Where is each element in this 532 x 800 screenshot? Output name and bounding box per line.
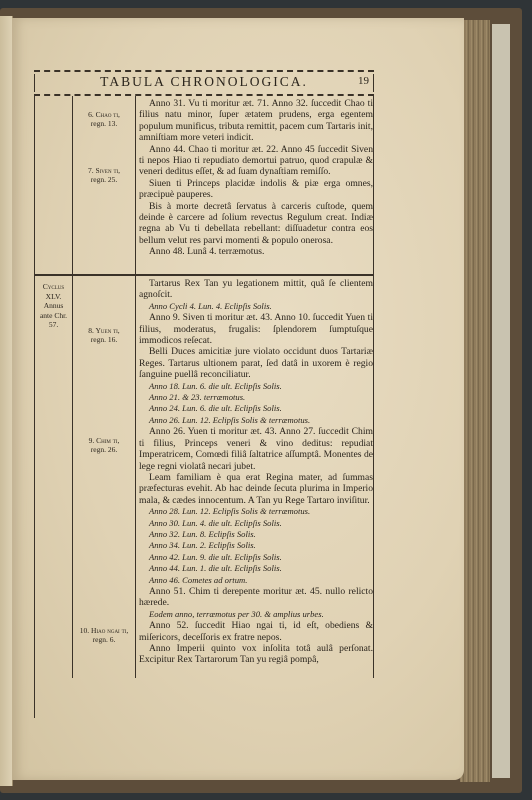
cycle-column: Cyclus XLV. Annus ante Chr. 57. — [35, 276, 73, 678]
eclipse-note: Anno 34. Lun. 2. Eclipſis Solis. — [139, 540, 373, 551]
text-column: Anno 31. Vu ti moritur æt. 71. Anno 32. … — [136, 96, 373, 274]
emperor-column: 6. Chao ti, regn. 13. 7. Siven ti, regn.… — [73, 96, 136, 274]
emperor-name: 9. Chim ti, — [73, 436, 135, 445]
eclipse-note: Anno Cycli 4. Lun. 4. Eclipſis Solis. — [139, 301, 373, 312]
paragraph: Bis à morte decretâ ſervatus à carceris … — [139, 201, 373, 247]
paragraph: Anno 31. Vu ti moritur æt. 71. Anno 32. … — [139, 98, 373, 144]
paragraph: Leam familiam è qua erat Regina mater, a… — [139, 472, 373, 506]
emperor-entry: 9. Chim ti, regn. 26. — [73, 436, 135, 454]
eclipse-note: Anno 28. Lun. 12. Eclipſis Solis & terræ… — [139, 506, 373, 517]
paragraph: Anno 52. ſuccedit Hiao ngai ti, id eſt, … — [139, 620, 373, 643]
paragraph: Tartarus Rex Tan yu legationem mittit, q… — [139, 278, 373, 301]
cycle-label: Cyclus — [35, 282, 72, 292]
table-section-2: Cyclus XLV. Annus ante Chr. 57. 8. Yuen … — [34, 274, 374, 678]
eclipse-note: Anno 18. Lun. 6. die ult. Eclipſis Solis… — [139, 381, 373, 392]
emperor-entry: 10. Hiao ngai ti, regn. 6. — [73, 626, 135, 644]
emperor-column: 8. Yuen ti, regn. 16. 9. Chim ti, regn. … — [73, 276, 136, 678]
paragraph: Anno 9. Siven ti moritur æt. 43. Anno 10… — [139, 312, 373, 346]
emperor-name: 7. Siven ti, — [73, 166, 135, 175]
earthquake-note: Eodem anno, terræmotus per 30. & amplius… — [139, 609, 373, 620]
endpaper — [492, 24, 510, 778]
emperor-reign: regn. 6. — [73, 635, 135, 644]
emperor-entry: 7. Siven ti, regn. 25. — [73, 166, 135, 184]
emperor-name: 10. Hiao ngai ti, — [73, 626, 135, 635]
page-title: Tabula Chronologica. — [100, 74, 308, 90]
emperor-name: 8. Yuen ti, — [73, 326, 135, 335]
paragraph: Anno 44. Chao ti moritur æt. 22. Anno 45… — [139, 144, 373, 178]
running-header: Tabula Chronologica. 19 — [34, 74, 374, 92]
table-section-1: 6. Chao ti, regn. 13. 7. Siven ti, regn.… — [34, 96, 374, 274]
cycle-ante-chr: ante Chr. — [35, 311, 72, 321]
paragraph: Belli Duces amicitiæ jure violato occidu… — [139, 346, 373, 380]
book-page: Tabula Chronologica. 19 6. Chao ti, regn… — [12, 18, 464, 780]
comet-note: Anno 46. Cometes ad ortum. — [139, 575, 373, 586]
cycle-column — [35, 96, 73, 274]
paragraph: Anno Imperii quinto vox inſolita totâ au… — [139, 643, 373, 666]
paragraph: Siuen ti Princeps placidæ indolis & piæ … — [139, 178, 373, 201]
emperor-entry: 6. Chao ti, regn. 13. — [73, 110, 135, 128]
emperor-reign: regn. 13. — [73, 119, 135, 128]
earthquake-note: Anno 21. & 23. terræmotus. — [139, 392, 373, 403]
page-edges — [460, 20, 490, 782]
eclipse-note: Anno 30. Lun. 4. die ult. Eclipſis Solis… — [139, 518, 373, 529]
paragraph: Anno 51. Chim ti derepente moritur æt. 4… — [139, 586, 373, 609]
paragraph: Anno 48. Lunâ 4. terræmotus. — [139, 246, 373, 257]
paragraph: Anno 26. Yuen ti moritur æt. 43. Anno 27… — [139, 426, 373, 472]
cycle-year: 57. — [35, 320, 72, 330]
eclipse-note: Anno 32. Lun. 8. Eclipſis Solis. — [139, 529, 373, 540]
emperor-entry: 8. Yuen ti, regn. 16. — [73, 326, 135, 344]
eclipse-note: Anno 24. Lun. 6. die ult. Eclipſis Solis… — [139, 403, 373, 414]
eclipse-note: Anno 26. Lun. 12. Eclipſis Solis & terræ… — [139, 415, 373, 426]
emperor-reign: regn. 16. — [73, 335, 135, 344]
eclipse-note: Anno 42. Lun. 9. die ult. Eclipſis Solis… — [139, 552, 373, 563]
emperor-reign: regn. 26. — [73, 445, 135, 454]
top-rule — [34, 70, 374, 72]
cycle-annus: Annus — [35, 301, 72, 311]
table-left-rule-tail — [34, 678, 374, 718]
page-number: 19 — [358, 75, 369, 87]
emperor-reign: regn. 25. — [73, 175, 135, 184]
text-column: Tartarus Rex Tan yu legationem mittit, q… — [136, 276, 373, 678]
cycle-number: XLV. — [35, 292, 72, 302]
chronology-table: Tabula Chronologica. 19 6. Chao ti, regn… — [34, 70, 374, 718]
emperor-name: 6. Chao ti, — [73, 110, 135, 119]
eclipse-note: Anno 44. Lun. 1. die ult. Eclipſis Solis… — [139, 563, 373, 574]
